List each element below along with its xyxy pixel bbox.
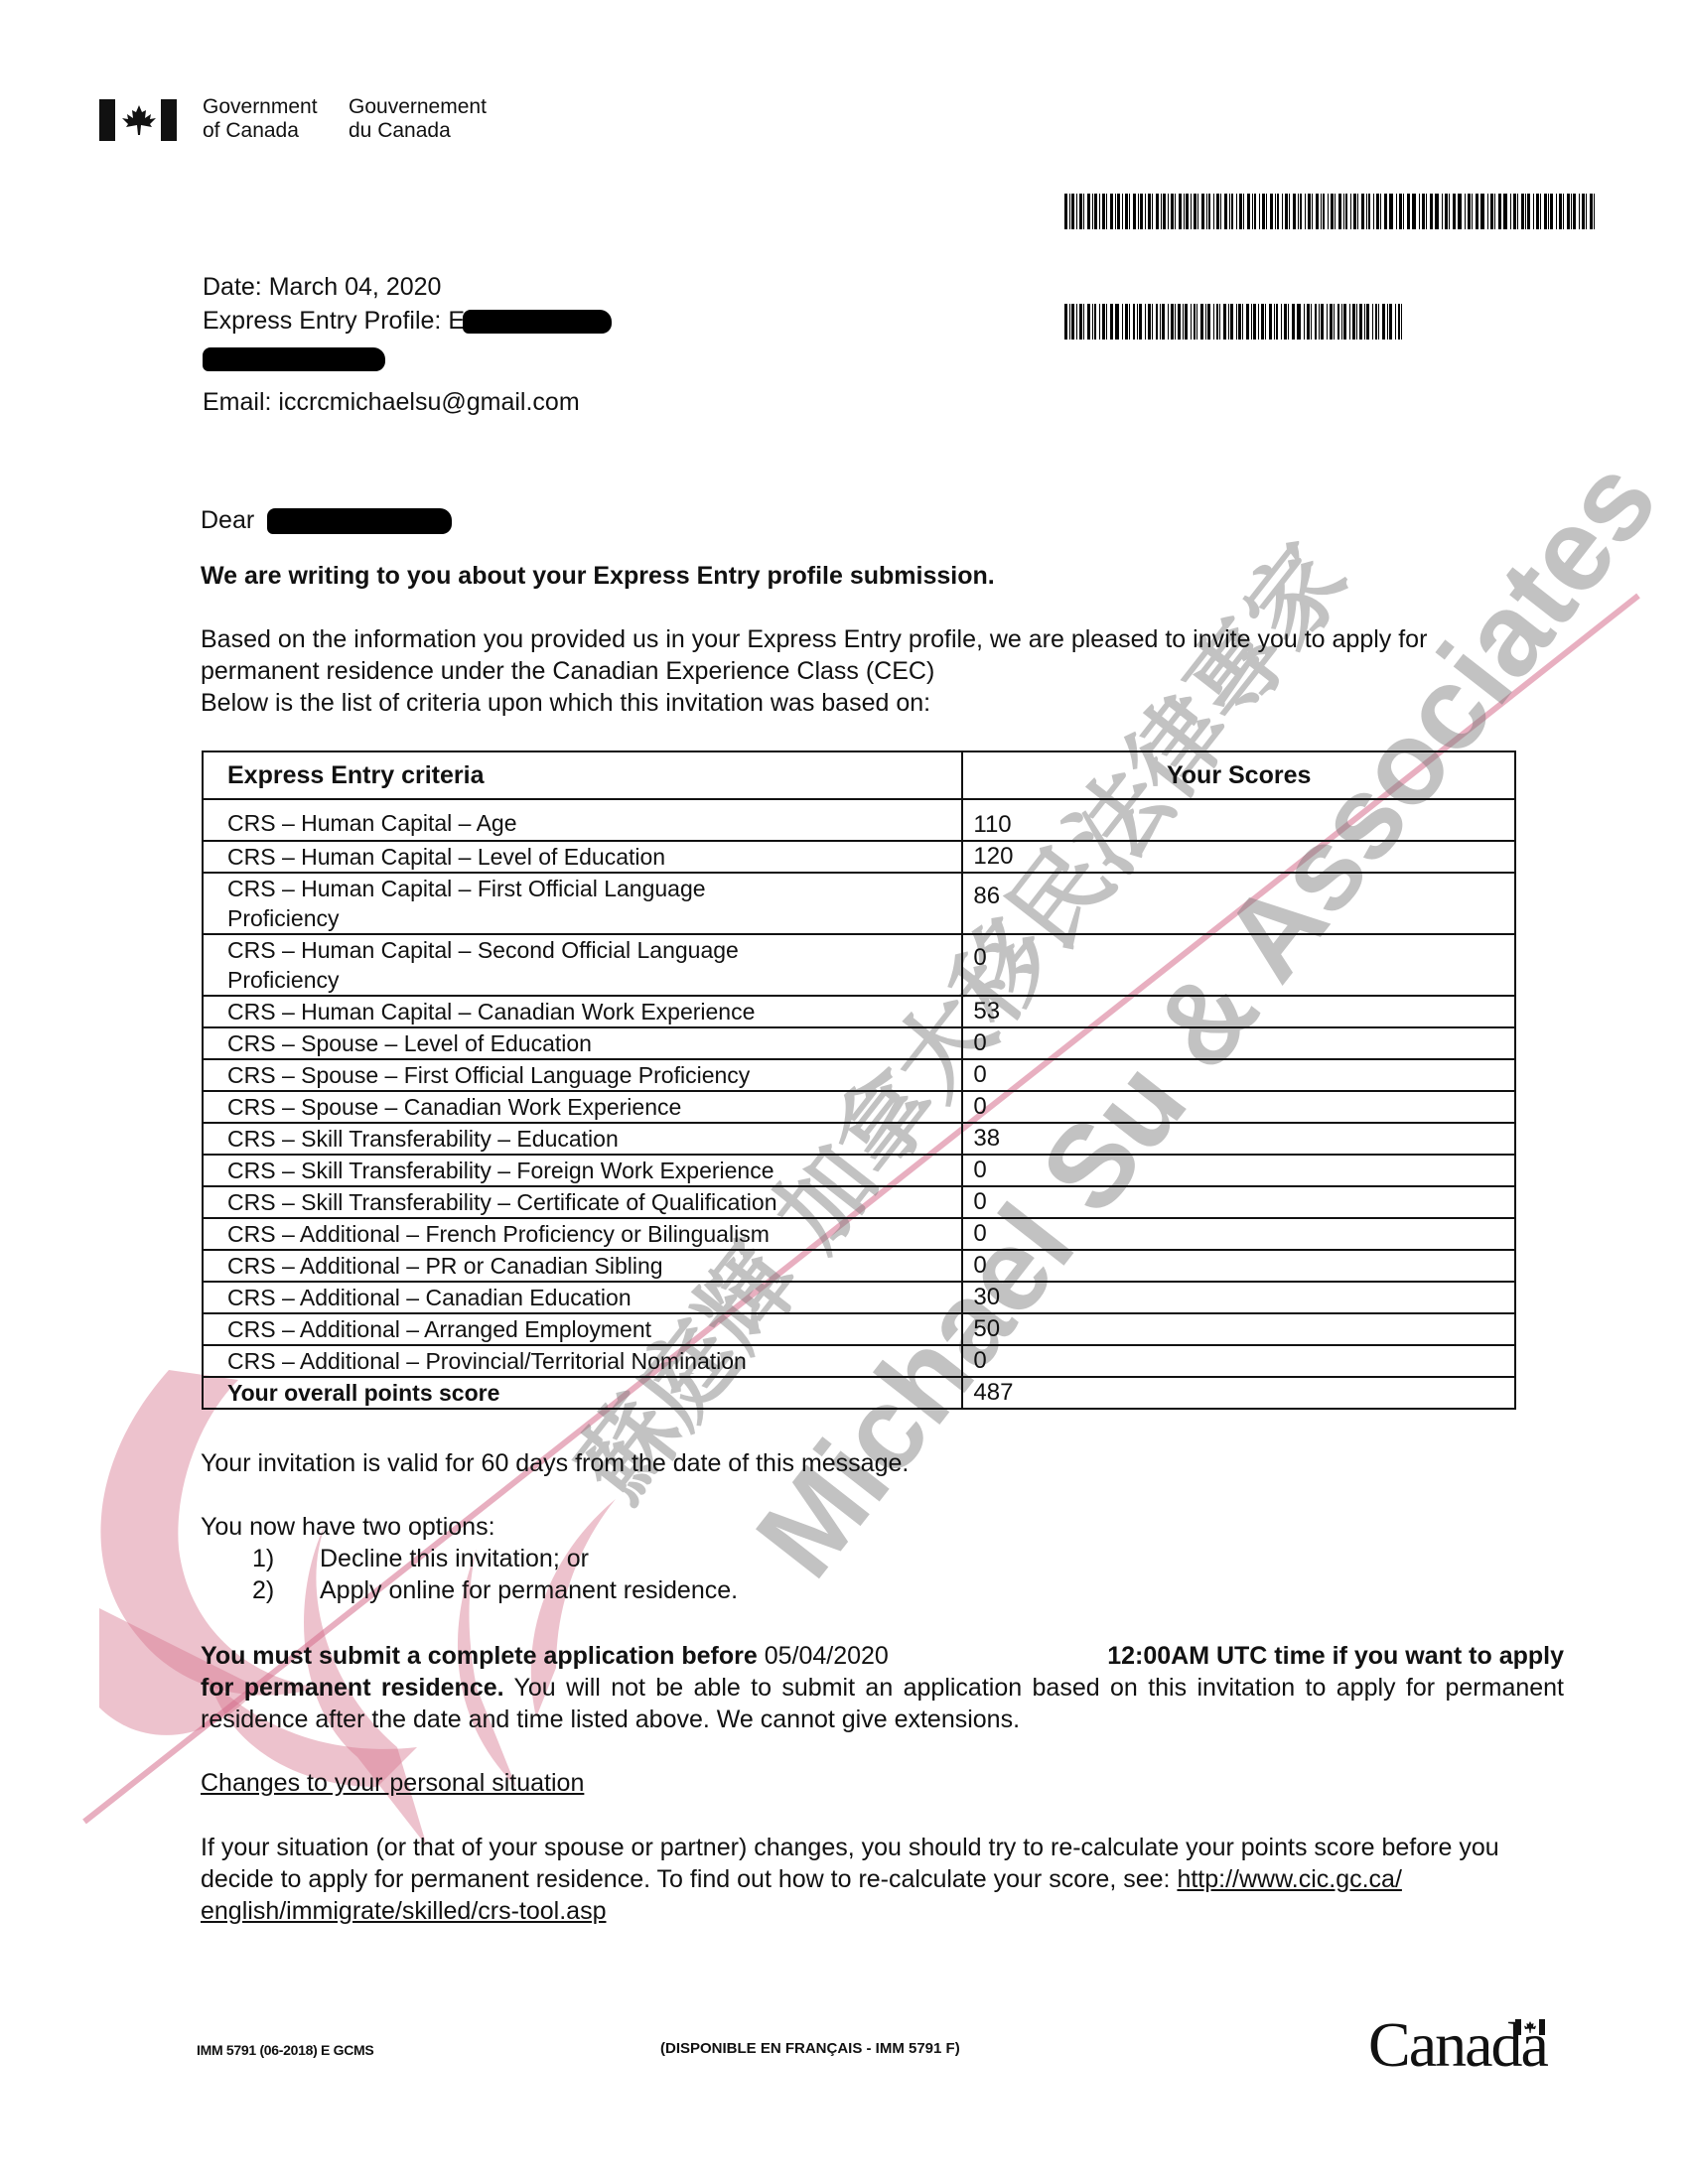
table-header-row: Express Entry criteria Your Scores	[203, 751, 1515, 799]
table-row: CRS – Additional – Arranged Employment50	[203, 1313, 1515, 1345]
criteria-cell: CRS – Human Capital – Canadian Work Expe…	[203, 996, 962, 1027]
table-row: CRS – Human Capital – Second Official La…	[203, 934, 1515, 996]
profile-label: Express Entry Profile:	[203, 307, 441, 335]
score-cell: 50	[962, 1313, 1515, 1345]
score-cell: 30	[962, 1282, 1515, 1313]
table-row: CRS – Human Capital – Age110	[203, 799, 1515, 841]
criteria-cell: CRS – Skill Transferability – Education	[203, 1123, 962, 1155]
salutation: Dear	[201, 504, 1564, 536]
gov-fr-line2: du Canada	[349, 119, 487, 143]
criteria-cell: CRS – Spouse – First Official Language P…	[203, 1059, 962, 1091]
maple-leaf-icon	[119, 103, 159, 137]
options-intro: You now have two options:	[201, 1511, 738, 1543]
option-num: 1)	[201, 1543, 320, 1574]
table-row: CRS – Human Capital – Canadian Work Expe…	[203, 996, 1515, 1027]
score-cell: 0	[962, 1186, 1515, 1218]
option-item-2: 2)Apply online for permanent residence.	[201, 1574, 738, 1606]
barcode-top	[1064, 194, 1597, 229]
criteria-cell: CRS – Human Capital – First Official Lan…	[203, 873, 962, 934]
redacted-line	[203, 347, 385, 371]
deadline-bold-start: You must submit a complete application b…	[201, 1642, 758, 1670]
option-text: Apply online for permanent residence.	[320, 1576, 738, 1604]
criteria-cell: CRS – Additional – Arranged Employment	[203, 1313, 962, 1345]
criteria-cell: CRS – Additional – Provincial/Territoria…	[203, 1345, 962, 1377]
gov-fr-line1: Gouvernement	[349, 95, 487, 119]
redacted-name	[267, 508, 452, 534]
deadline-time: 12:00AM UTC time if you want to apply	[1107, 1640, 1564, 1672]
table-row: CRS – Skill Transferability – Certificat…	[203, 1186, 1515, 1218]
table-row: CRS – Human Capital – First Official Lan…	[203, 873, 1515, 934]
score-cell: 0	[962, 1091, 1515, 1123]
criteria-cell: CRS – Additional – PR or Canadian Siblin…	[203, 1250, 962, 1282]
changes-heading: Changes to your personal situation	[201, 1767, 1564, 1799]
criteria-cell: CRS – Spouse – Canadian Work Experience	[203, 1091, 962, 1123]
email-line: Email: iccrcmichaelsu@gmail.com	[203, 385, 580, 419]
deadline-bold-cont: for permanent residence.	[201, 1674, 504, 1702]
table-row: CRS – Additional – French Proficiency or…	[203, 1218, 1515, 1250]
option-item-1: 1)Decline this invitation; or	[201, 1543, 738, 1574]
score-cell: 0	[962, 1027, 1515, 1059]
canada-flag-mini-icon	[1515, 2019, 1545, 2035]
score-cell: 86	[962, 873, 1515, 934]
total-row: Your overall points score487	[203, 1377, 1515, 1409]
date-label: Date:	[203, 273, 262, 301]
options-block: You now have two options: 1)Decline this…	[201, 1511, 738, 1606]
date-value: March 04, 2020	[269, 273, 442, 301]
profile-line: Express Entry Profile: E	[203, 304, 612, 338]
score-cell: 110	[962, 799, 1515, 841]
canada-wordmark: Canada	[1368, 2013, 1547, 2077]
gouvernement-du-canada-fr: Gouvernement du Canada	[349, 95, 487, 143]
criteria-cell: CRS – Additional – French Proficiency or…	[203, 1218, 962, 1250]
score-cell: 0	[962, 1059, 1515, 1091]
barcode-bottom	[1064, 304, 1406, 340]
criteria-cell: CRS – Human Capital – Age	[203, 799, 962, 841]
table-row: CRS – Spouse – Level of Education0	[203, 1027, 1515, 1059]
government-of-canada-en: Government of Canada	[203, 95, 318, 143]
criteria-cell: CRS – Skill Transferability – Foreign Wo…	[203, 1155, 962, 1186]
criteria-cell: CRS – Human Capital – Level of Education	[203, 841, 962, 873]
deadline-date: 05/04/2020	[765, 1642, 889, 1670]
canada-flag-icon	[99, 99, 179, 141]
redacted-profile-number	[463, 310, 612, 334]
score-cell: 0	[962, 1345, 1515, 1377]
table-row: CRS – Additional – Provincial/Territoria…	[203, 1345, 1515, 1377]
table-row: CRS – Additional – Canadian Education30	[203, 1282, 1515, 1313]
table-row: CRS – Skill Transferability – Foreign Wo…	[203, 1155, 1515, 1186]
criteria-cell: CRS – Skill Transferability – Certificat…	[203, 1186, 962, 1218]
salutation-text: Dear	[201, 506, 254, 534]
score-cell: 38	[962, 1123, 1515, 1155]
score-cell: 0	[962, 934, 1515, 996]
header-scores: Your Scores	[962, 751, 1515, 799]
option-num: 2)	[201, 1574, 320, 1606]
form-code: IMM 5791 (06-2018) E GCMS	[197, 2042, 373, 2058]
email-label: Email:	[203, 388, 271, 416]
score-cell: 0	[962, 1155, 1515, 1186]
changes-paragraph: If your situation (or that of your spous…	[201, 1832, 1564, 1927]
table-row: CRS – Skill Transferability – Education3…	[203, 1123, 1515, 1155]
invitation-paragraph: Based on the information you provided us…	[201, 623, 1564, 719]
para1-line1: Based on the information you provided us…	[201, 623, 1564, 655]
table-row: CRS – Spouse – Canadian Work Experience0	[203, 1091, 1515, 1123]
score-cell: 120	[962, 841, 1515, 873]
total-label: Your overall points score	[203, 1377, 962, 1409]
para1-line3: Below is the list of criteria upon which…	[201, 687, 1564, 719]
date-line: Date: March 04, 2020	[203, 270, 441, 304]
redacted-block	[203, 347, 385, 371]
gov-en-line2: of Canada	[203, 119, 318, 143]
deadline-rest: for permanent residence. You will not be…	[201, 1672, 1564, 1735]
intro-heading: We are writing to you about your Express…	[201, 560, 1564, 592]
table-row: CRS – Spouse – First Official Language P…	[203, 1059, 1515, 1091]
crs-score-table: Express Entry criteria Your Scores CRS –…	[202, 751, 1516, 1410]
option-text: Decline this invitation; or	[320, 1545, 589, 1572]
deadline-paragraph: You must submit a complete application b…	[201, 1640, 1564, 1735]
criteria-cell: CRS – Spouse – Level of Education	[203, 1027, 962, 1059]
criteria-cell: CRS – Additional – Canadian Education	[203, 1282, 962, 1313]
para1-line2: permanent residence under the Canadian E…	[201, 655, 1564, 687]
score-cell: 0	[962, 1250, 1515, 1282]
french-availability-notice: (DISPONIBLE EN FRANÇAIS - IMM 5791 F)	[660, 2040, 960, 2057]
validity-notice: Your invitation is valid for 60 days fro…	[201, 1447, 1564, 1479]
total-score: 487	[962, 1377, 1515, 1409]
email-value: iccrcmichaelsu@gmail.com	[278, 388, 579, 416]
deadline-line1: You must submit a complete application b…	[201, 1640, 1564, 1672]
gov-en-line1: Government	[203, 95, 318, 119]
score-cell: 53	[962, 996, 1515, 1027]
score-cell: 0	[962, 1218, 1515, 1250]
header-criteria: Express Entry criteria	[203, 751, 962, 799]
table-row: CRS – Human Capital – Level of Education…	[203, 841, 1515, 873]
table-row: CRS – Additional – PR or Canadian Siblin…	[203, 1250, 1515, 1282]
criteria-cell: CRS – Human Capital – Second Official La…	[203, 934, 962, 996]
